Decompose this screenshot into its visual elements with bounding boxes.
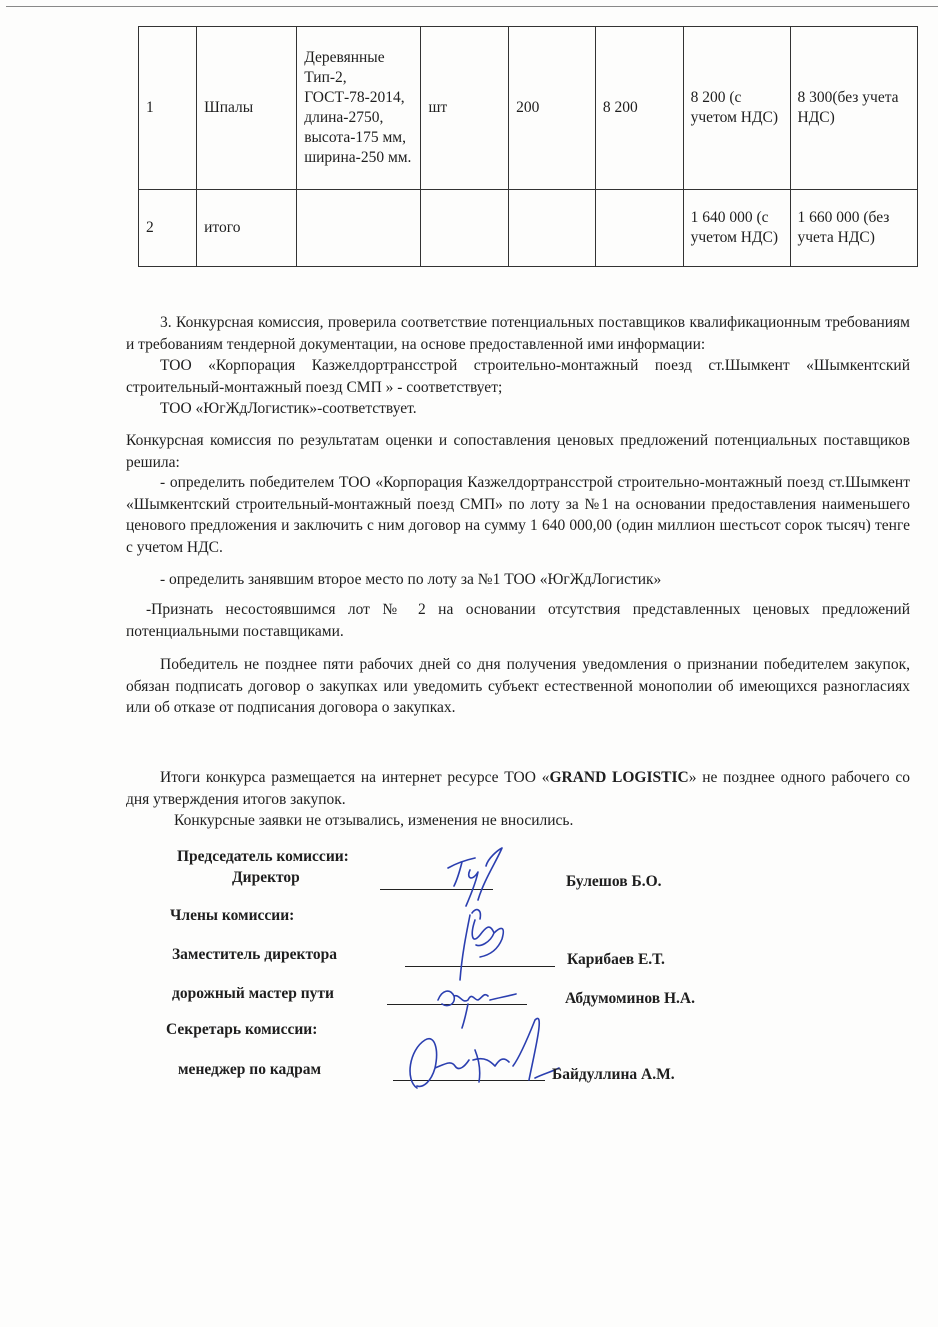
member1-role: Заместитель директора bbox=[172, 946, 337, 964]
cell-qty bbox=[509, 190, 596, 267]
cell-spec bbox=[297, 190, 421, 267]
chair-name: Булешов Б.О. bbox=[566, 873, 662, 891]
cell-qty: 200 bbox=[509, 27, 596, 190]
section-3-intro: 3. Конкурсная комиссия, проверила соотве… bbox=[126, 312, 910, 355]
brand-name: GRAND LOGISTIC bbox=[549, 769, 688, 786]
no-changes-note: Конкурсные заявки не отзывались, изменен… bbox=[126, 810, 910, 832]
chair-signature bbox=[440, 848, 520, 908]
decision-second-place: - определить занявшим второе место по ло… bbox=[126, 569, 910, 591]
cell-offer2: 1 660 000 (без учета НДС) bbox=[790, 190, 918, 267]
decision-intro: Конкурсная комиссия по результатам оценк… bbox=[126, 430, 910, 473]
cell-no: 2 bbox=[139, 190, 197, 267]
page-edge-line bbox=[6, 6, 938, 7]
cell-no: 1 bbox=[139, 27, 197, 190]
section-3: 3. Конкурсная комиссия, проверила соотве… bbox=[126, 312, 910, 420]
winner-obligation: Победитель не позднее пяти рабочих дней … bbox=[126, 654, 910, 719]
cell-price: 8 200 bbox=[595, 27, 683, 190]
decision-lot2-failed: -Признать несостоявшимся лот № 2 на осно… bbox=[126, 599, 910, 642]
member1-name: Карибаев Е.Т. bbox=[567, 951, 665, 969]
supplier-2-status: ТОО «ЮгЖдЛогистик»-соответствует. bbox=[126, 398, 910, 420]
cell-offer1: 8 200 (с учетом НДС) bbox=[683, 27, 790, 190]
secretary-role: менеджер по кадрам bbox=[178, 1061, 321, 1079]
cell-name: Шпалы bbox=[197, 27, 297, 190]
supplier-1-status: ТОО «Корпорация Казжелдортрансстрой стро… bbox=[126, 355, 910, 398]
lot-table: 1 Шпалы Деревянные Тип-2, ГОСТ-78-2014, … bbox=[138, 26, 918, 267]
chair-label: Председатель комиссии: bbox=[177, 848, 349, 866]
cell-unit: шт bbox=[421, 27, 509, 190]
cell-offer1: 1 640 000 (с учетом НДС) bbox=[683, 190, 790, 267]
secretary-label: Секретарь комиссии: bbox=[166, 1021, 317, 1039]
results-pre: Итоги конкурса размещается на интернет р… bbox=[160, 769, 549, 786]
secretary-name: Байдуллина А.М. bbox=[552, 1066, 675, 1084]
cell-price bbox=[595, 190, 683, 267]
decision-winner: - определить победителем ТОО «Корпорация… bbox=[126, 472, 910, 558]
secretary-signature bbox=[395, 1010, 565, 1100]
cell-unit bbox=[421, 190, 509, 267]
table-row: 2 итого 1 640 000 (с учетом НДС) 1 660 0… bbox=[139, 190, 918, 267]
table-row: 1 Шпалы Деревянные Тип-2, ГОСТ-78-2014, … bbox=[139, 27, 918, 190]
results-publication: Итоги конкурса размещается на интернет р… bbox=[126, 767, 910, 810]
member2-role: дорожный мастер пути bbox=[172, 985, 334, 1003]
member2-name: Абдумоминов Н.А. bbox=[565, 990, 695, 1008]
cell-spec: Деревянные Тип-2, ГОСТ-78-2014, длина-27… bbox=[297, 27, 421, 190]
cell-name: итого bbox=[197, 190, 297, 267]
cell-offer2: 8 300(без учета НДС) bbox=[790, 27, 918, 190]
chair-role: Директор bbox=[232, 869, 300, 887]
members-label: Члены комиссии: bbox=[170, 907, 294, 925]
